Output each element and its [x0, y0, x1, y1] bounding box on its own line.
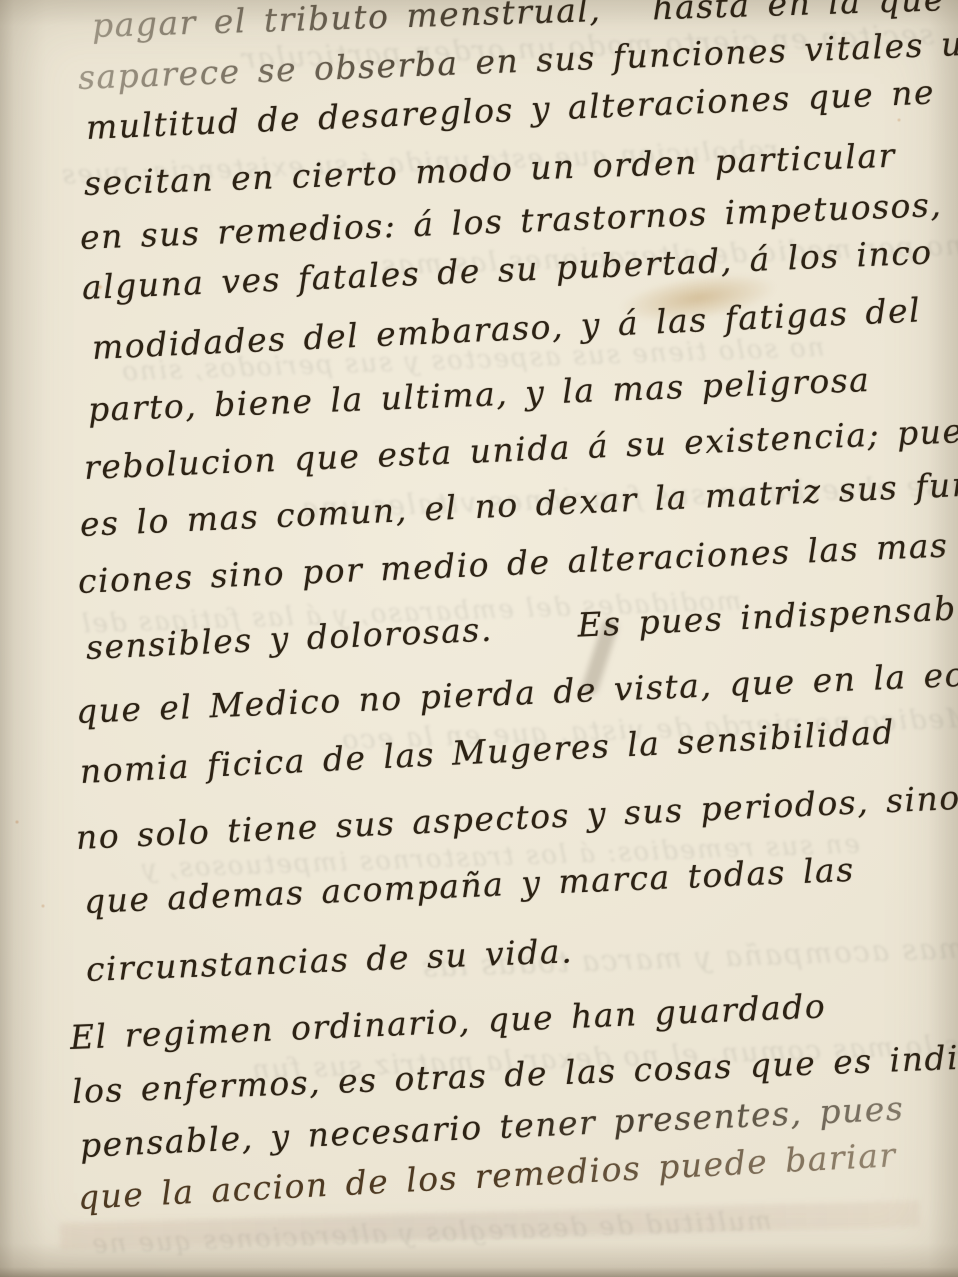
manuscript-text: pagar el tributo menstrual, hasta en la … [0, 0, 958, 1277]
manuscript-page: secitan en cierto modo un orden particul… [0, 0, 958, 1277]
manuscript-line-8: parto, biene la ultima, y la mas peligro… [87, 360, 871, 429]
manuscript-line-17: circunstancias de su vida. [85, 931, 574, 989]
manuscript-line-7: modidades del embaraso, y á las fatigas … [91, 290, 922, 367]
manuscript-line-15: no solo tiene sus aspectos y sus periodo… [75, 778, 958, 857]
manuscript-line-16: que ademas acompaña y marca todas las [83, 850, 855, 921]
manuscript-line-12: sensibles y dolorosas. Es pues indispens… [85, 587, 958, 667]
